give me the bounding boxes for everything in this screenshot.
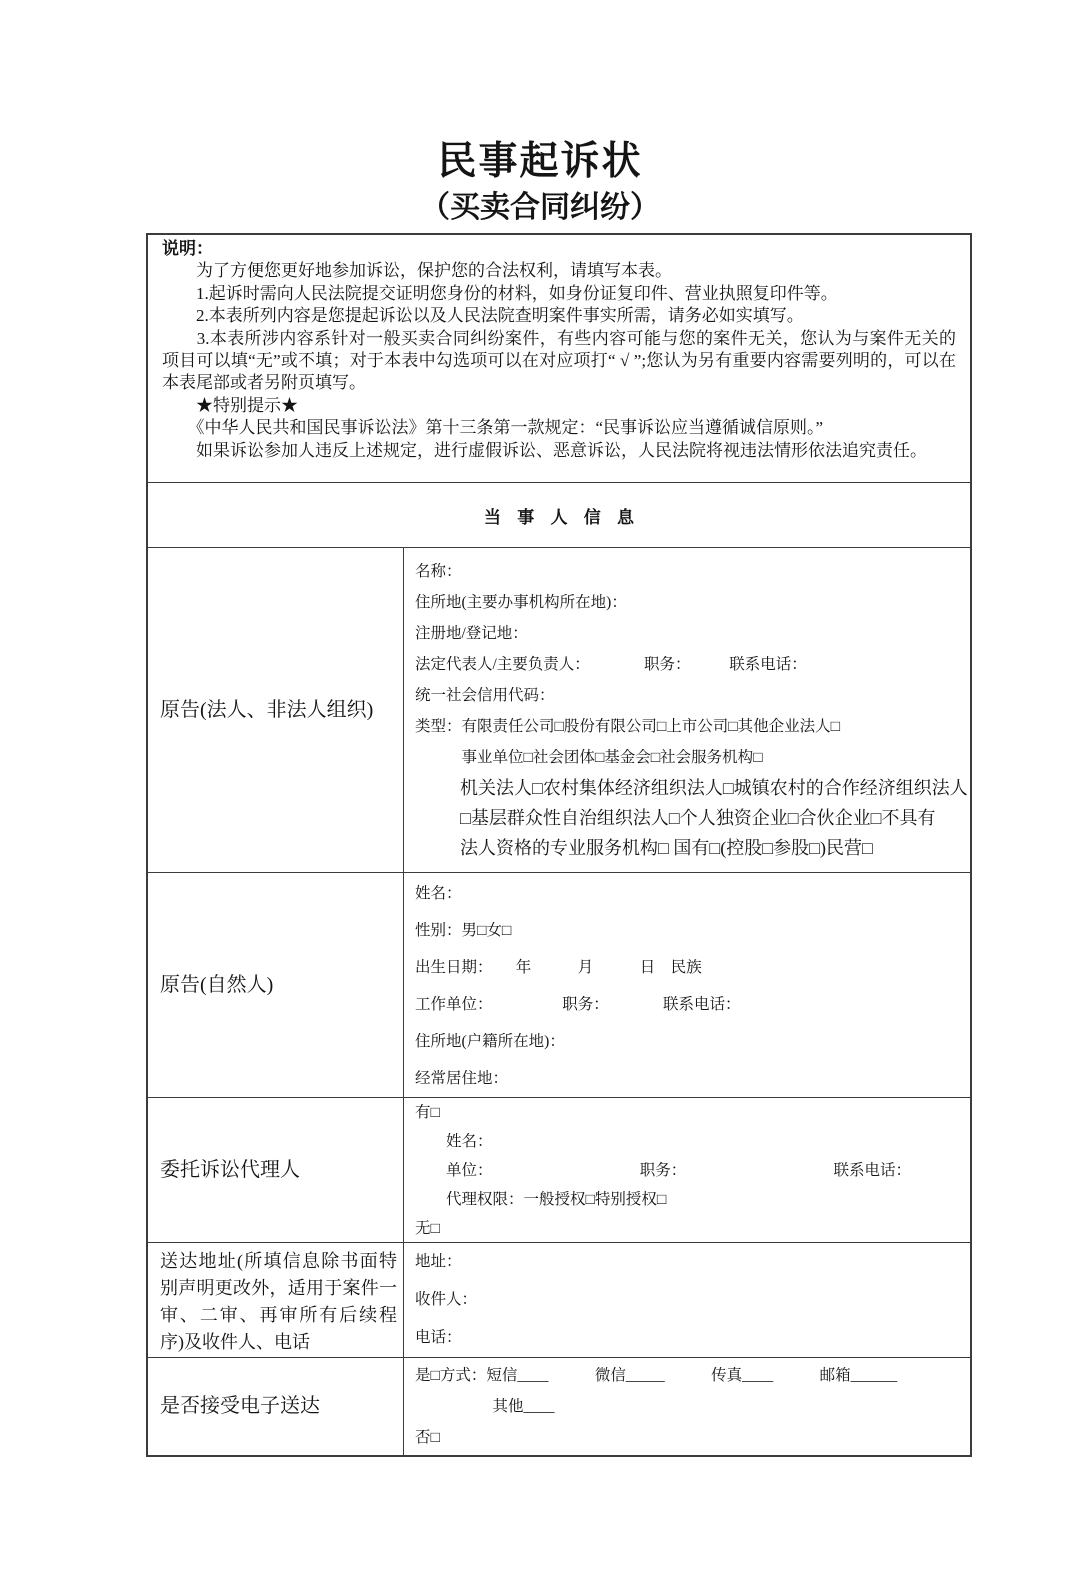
field-recipient: 收件人： [415,1281,966,1319]
field-entity-type-cont: □基层群众性自治组织法人□个人独资企业□合伙企业□不具有 [415,803,966,833]
field-credit-code: 统一社会信用代码： [415,680,966,711]
field-phone: 电话： [415,1319,966,1357]
row-plaintiff-natural-person: 原告(自然人) 姓名： 性别：男□女□ 出生日期： 年 月 日 民族 工作单位：… [148,873,970,1098]
field-agent-authority: 代理权限：一般授权□特别授权□ [415,1185,966,1214]
instruction-paragraph: 如果诉讼参加人违反上述规定，进行虚假诉讼、恶意诉讼，人民法院将视违法情形依法追究… [162,440,956,462]
fields-litigation-agent: 有□ 姓名： 单位： 职务： 联系电话： 代理权限：一般授权□特别授权□ 无□ [404,1098,970,1242]
field-birthdate-ethnicity: 出生日期： 年 月 日 民族 [415,949,966,986]
document-subtitle: （买卖合同纠纷） [0,188,1080,228]
row-electronic-service: 是否接受电子送达 是□方式：短信____ 微信_____ 传真____ 邮箱__… [148,1358,970,1455]
instructions-heading: 说明： [162,238,956,260]
field-entity-type: 类型：有限责任公司□股份有限公司□上市公司□其他企业法人□ [415,711,966,742]
document-page: 民事起诉状 （买卖合同纠纷） 说明： 为了方便您更好地参加诉讼，保护您的合法权利… [0,0,1080,1569]
field-entity-type-cont: 机关法人□农村集体经济组织法人□城镇农村的合作经济组织法人 [415,773,966,803]
form-table: 说明： 为了方便您更好地参加诉讼，保护您的合法权利，请填写本表。 1.起诉时需向… [146,233,972,1457]
party-info-header: 当 事 人 信 息 [148,483,970,548]
party-info-header-text: 当 事 人 信 息 [484,503,640,528]
instructions-section: 说明： 为了方便您更好地参加诉讼，保护您的合法权利，请填写本表。 1.起诉时需向… [148,235,970,483]
field-eservice-no: 否□ [415,1422,966,1453]
field-eservice-other: 其他____ [415,1391,966,1422]
instruction-paragraph: 1.起诉时需向人民法院提交证明您身份的材料，如身份证复印件、营业执照复印件等。 [162,283,956,305]
document-title: 民事起诉状 [0,0,1080,188]
field-entity-type-cont: 法人资格的专业服务机构□ 国有□(控股□参股□)民营□ [415,833,966,863]
instruction-paragraph: 3.本表所涉内容系针对一般买卖合同纠纷案件，有些内容可能与您的案件无关，您认为与… [162,328,956,395]
label-plaintiff-natural-person: 原告(自然人) [148,873,404,1097]
fields-service-address: 地址： 收件人： 电话： [404,1243,970,1357]
field-agent-yes: 有□ [415,1098,966,1127]
field-name: 名称： [415,556,966,587]
fields-plaintiff-legal-person: 名称： 住所地(主要办事机构所在地)： 注册地/登记地： 法定代表人/主要负责人… [404,548,970,872]
row-litigation-agent: 委托诉讼代理人 有□ 姓名： 单位： 职务： 联系电话： 代理权限：一般授权□特… [148,1098,970,1243]
row-plaintiff-legal-person: 原告(法人、非法人组织) 名称： 住所地(主要办事机构所在地)： 注册地/登记地… [148,548,970,873]
special-notice-heading: ★特别提示★ [162,395,956,417]
fields-electronic-service: 是□方式：短信____ 微信_____ 传真____ 邮箱______ 其他__… [404,1358,970,1455]
field-habitual-residence: 经常居住地： [415,1060,966,1097]
row-service-address: 送达地址(所填信息除书面特别声明更改外，适用于案件一审、二审、再审所有后续程序)… [148,1243,970,1358]
field-agent-name: 姓名： [415,1127,966,1156]
field-employer-title-phone: 工作单位： 职务： 联系电话： [415,986,966,1023]
field-registered-address: 注册地/登记地： [415,618,966,649]
field-legal-representative: 法定代表人/主要负责人： 职务： 联系电话： [415,649,966,680]
label-electronic-service: 是否接受电子送达 [148,1358,404,1455]
field-address: 地址： [415,1243,966,1281]
fields-plaintiff-natural-person: 姓名： 性别：男□女□ 出生日期： 年 月 日 民族 工作单位： 职务： 联系电… [404,873,970,1097]
instruction-paragraph: 《中华人民共和国民事诉讼法》第十三条第一款规定：“民事诉讼应当遵循诚信原则。” [162,417,956,439]
label-plaintiff-legal-person: 原告(法人、非法人组织) [148,548,404,872]
label-litigation-agent: 委托诉讼代理人 [148,1098,404,1242]
field-agent-no: 无□ [415,1214,966,1242]
field-agent-unit-title-phone: 单位： 职务： 联系电话： [415,1156,966,1185]
label-service-address: 送达地址(所填信息除书面特别声明更改外，适用于案件一审、二审、再审所有后续程序)… [148,1243,404,1357]
field-domicile: 住所地(主要办事机构所在地)： [415,587,966,618]
field-full-name: 姓名： [415,875,966,912]
field-entity-type-cont: 事业单位□社会团体□基金会□社会服务机构□ [415,742,966,773]
field-household-address: 住所地(户籍所在地)： [415,1023,966,1060]
instruction-paragraph: 2.本表所列内容是您提起诉讼以及人民法院查明案件事实所需，请务必如实填写。 [162,305,956,327]
field-eservice-yes-methods: 是□方式：短信____ 微信_____ 传真____ 邮箱______ [415,1360,966,1391]
field-gender: 性别：男□女□ [415,912,966,949]
instruction-paragraph: 为了方便您更好地参加诉讼，保护您的合法权利，请填写本表。 [162,260,956,282]
